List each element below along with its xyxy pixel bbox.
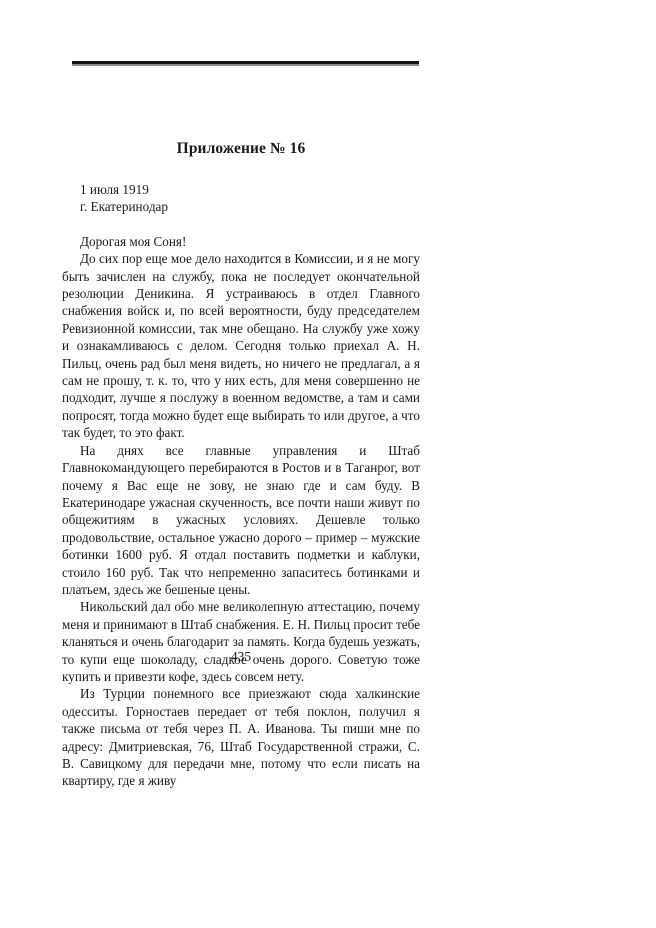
letter-salutation: Дорогая моя Соня! [62, 233, 420, 250]
header-rule [72, 61, 419, 66]
letter-paragraph: На днях все главные управления и Штаб Гл… [62, 442, 420, 599]
letter-date: 1 июля 1919 [62, 181, 420, 198]
letter-place: г. Екатеринодар [62, 198, 420, 215]
letter-paragraph: До сих пор еще мое дело находится в Коми… [62, 250, 420, 441]
letter-body: 1 июля 1919 г. Екатеринодар Дорогая моя … [62, 181, 420, 790]
page-number: 435 [62, 649, 420, 665]
header-rule-thin [72, 64, 419, 66]
letter-paragraph: Из Турции понемного все приезжают сюда х… [62, 685, 420, 789]
letter-paragraph: Никольский дал обо мне великолепную атте… [62, 598, 420, 685]
appendix-title: Приложение № 16 [62, 140, 420, 158]
